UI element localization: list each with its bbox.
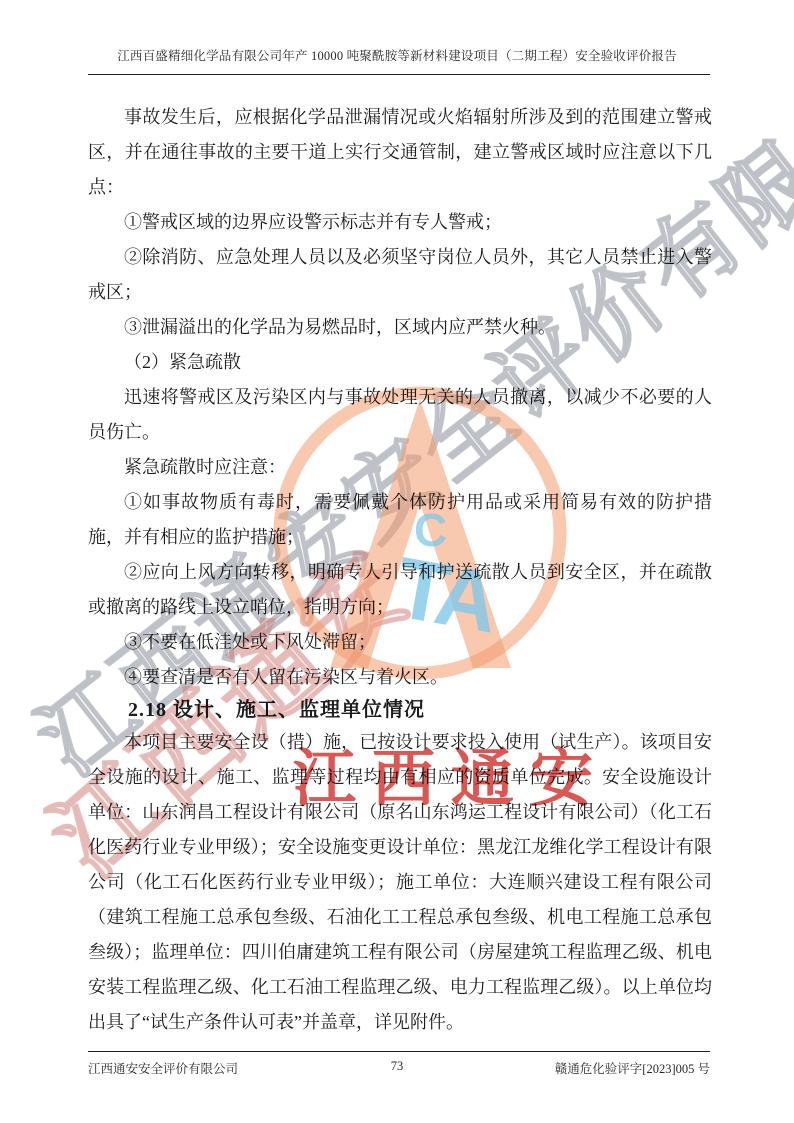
page-header-title: 江西百盛精细化学品有限公司年产 10000 吨聚酰胺等新材料建设项目（二期工程）… xyxy=(70,46,724,64)
body-paragraph: 迅速将警戒区及污染区内与事故处理无关的人员撤离，以减少不必要的人员伤亡。 xyxy=(88,380,712,450)
body-paragraph: 本项目主要安全设（措）施，已按设计要求投入使用（试生产）。该项目安全设施的设计、… xyxy=(88,725,712,1040)
header-rule xyxy=(88,74,710,75)
body-paragraph: ③不要在低洼处或下风处滞留； xyxy=(88,625,712,660)
body-paragraph: ②除消防、应急处理人员以及必须坚守岗位人员外，其它人员禁止进入警戒区； xyxy=(88,240,712,310)
body-paragraph: 紧急疏散时应注意： xyxy=(88,450,712,485)
body-paragraph: 事故发生后，应根据化学品泄漏情况或火焰辐射所涉及到的范围建立警戒区，并在通往事故… xyxy=(88,100,712,205)
body-paragraph: ③泄漏溢出的化学品为易燃品时，区域内应严禁火种。 xyxy=(88,310,712,345)
footer-document-number: 赣通危化验评字[2023]005 号 xyxy=(555,1059,710,1077)
footer-rule xyxy=(88,1051,710,1052)
body-paragraph: （2）紧急疏散 xyxy=(88,345,712,380)
report-page: 江西百盛精细化学品有限公司年产 10000 吨聚酰胺等新材料建设项目（二期工程）… xyxy=(0,0,794,1123)
body-paragraph: ①如事故物质有毒时，需要佩戴个体防护用品或采用简易有效的防护措施，并有相应的监护… xyxy=(88,485,712,555)
body-paragraph: ④要查清是否有人留在污染区与着火区。 xyxy=(88,660,712,695)
body-paragraph: ①警戒区域的边界应设警示标志并有专人警戒； xyxy=(88,205,712,240)
document-body: 事故发生后，应根据化学品泄漏情况或火焰辐射所涉及到的范围建立警戒区，并在通往事故… xyxy=(88,100,712,1040)
body-paragraph: ②应向上风方向转移，明确专人引导和护送疏散人员到安全区，并在疏散或撤离的路线上设… xyxy=(88,555,712,625)
section-heading-2-18: 2.18 设计、施工、监理单位情况 xyxy=(88,695,712,725)
